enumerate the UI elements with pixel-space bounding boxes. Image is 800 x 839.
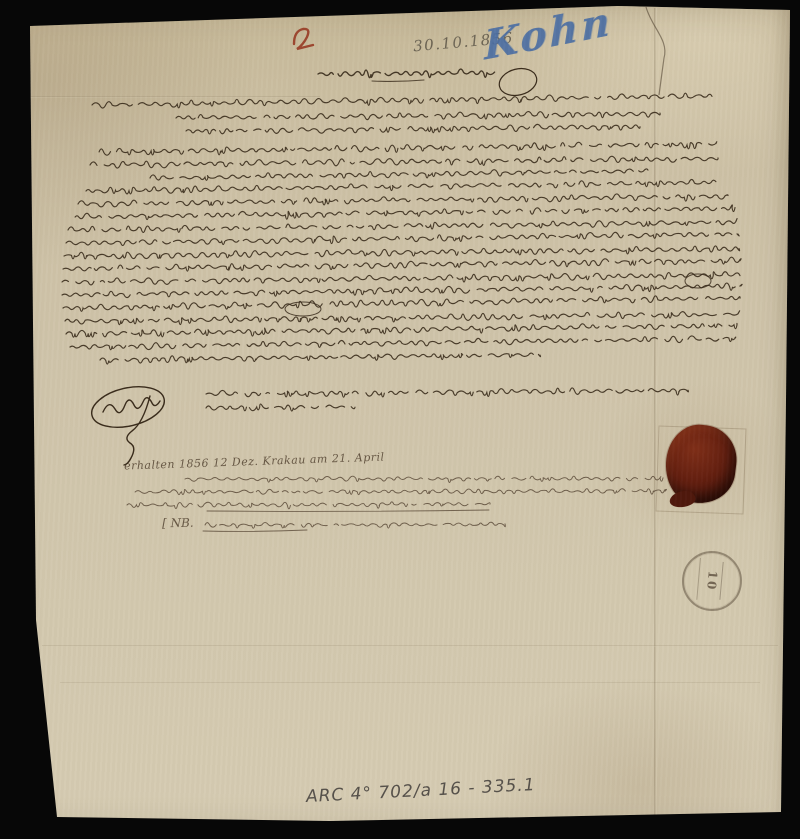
right-edge-shading — [772, 8, 792, 815]
postmark-number: 10 — [704, 553, 721, 610]
horizontal-fold-crease-faint — [60, 682, 760, 683]
receipt-note-date-line: erhalten 1856 12 Dez. Krakau am 21. Apri… — [124, 451, 385, 471]
archival-reference-number: ARC 4° 702/a 16 - 335.1 — [306, 777, 536, 806]
scan-background: 30.10.1856 Kohn erhalten 1856 12 Dez. Kr… — [0, 0, 800, 839]
letter-paper: 30.10.1856 Kohn erhalten 1856 12 Dez. Kr… — [0, 0, 800, 839]
vertical-fold-crease — [654, 8, 657, 815]
horizontal-fold-crease-top — [30, 96, 320, 98]
blue-crayon-name: Kohn — [484, 1, 613, 67]
receipt-note-nb-prefix: [ NB. — [162, 517, 194, 530]
postmark-stamp: 10 — [679, 548, 744, 613]
horizontal-fold-crease-bottom — [42, 645, 778, 647]
